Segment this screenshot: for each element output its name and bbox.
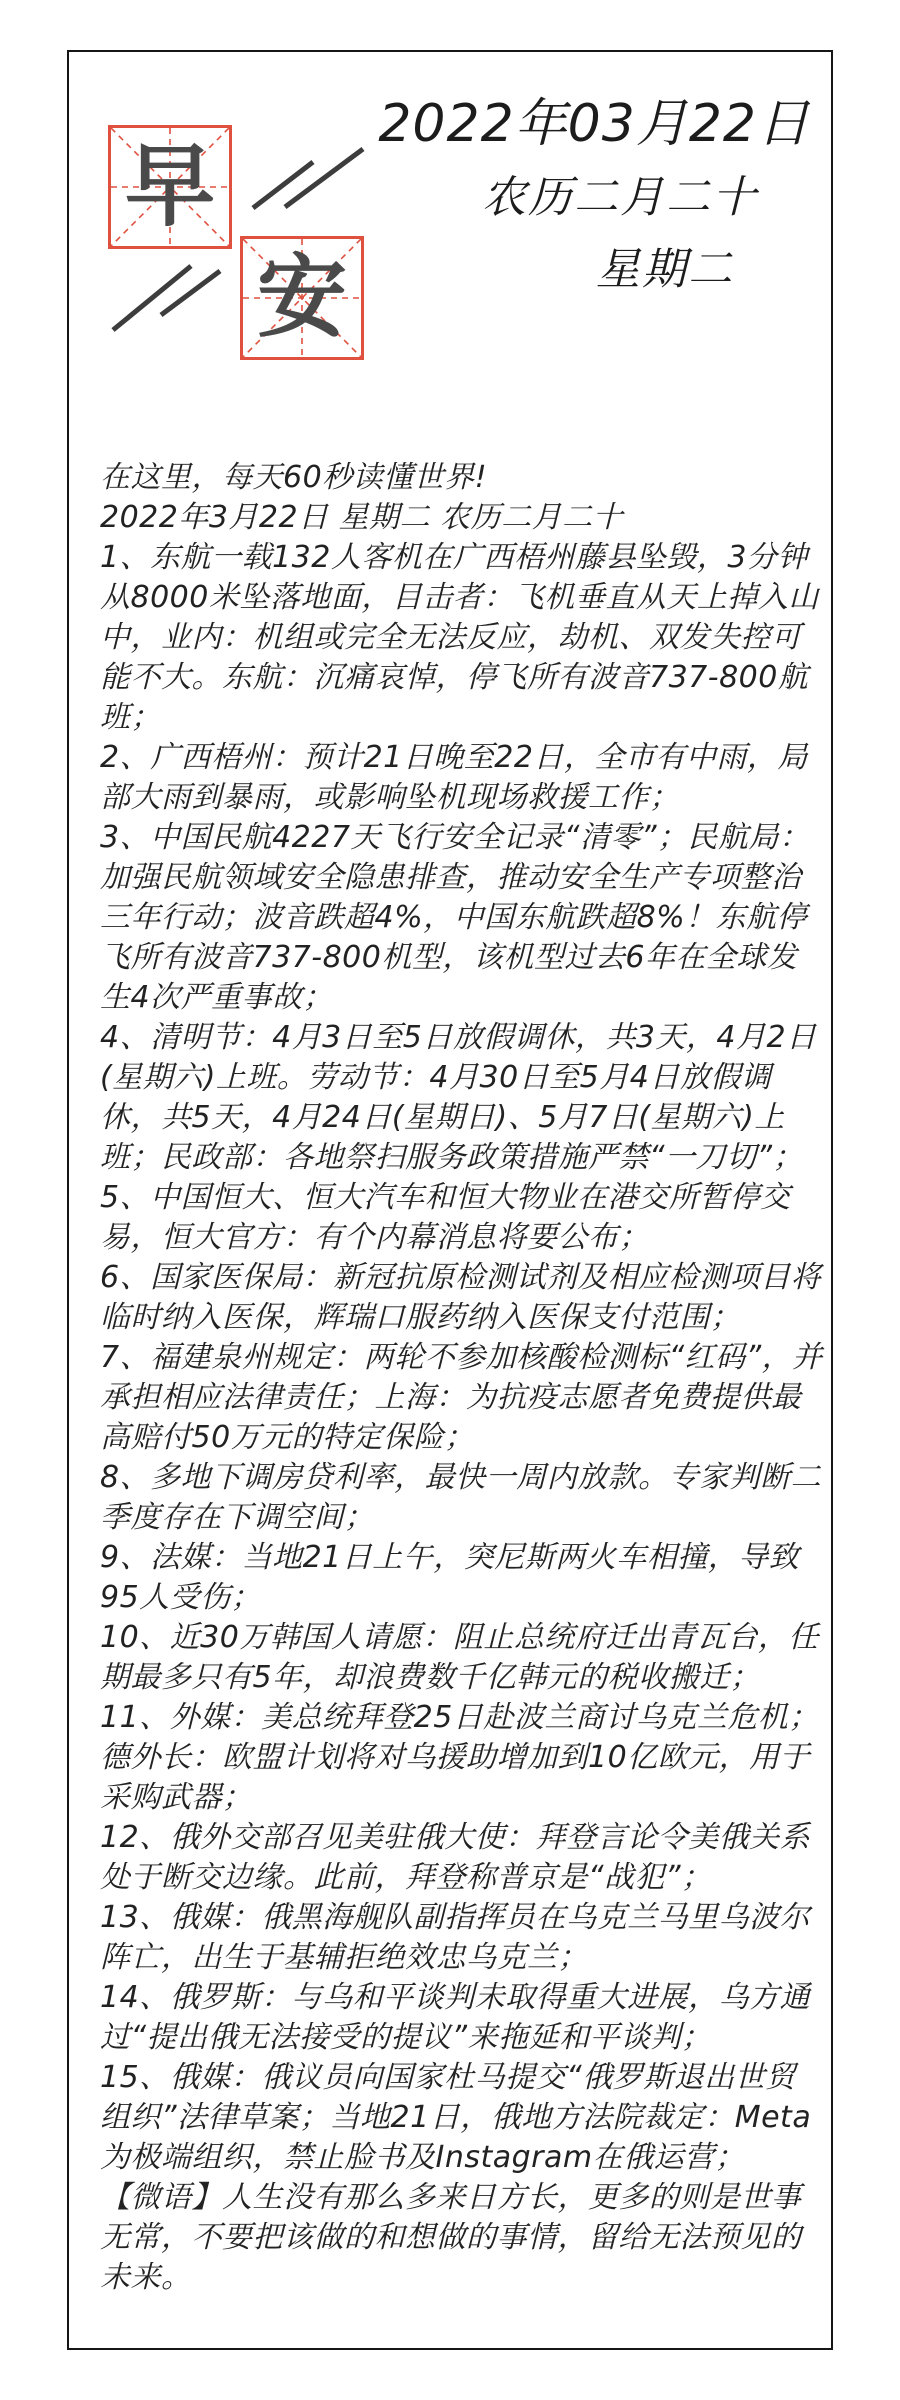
news-item: 2、广西梧州：预计21日晚至22日，全市有中雨，局部大雨到暴雨，或影响坠机现场救…: [100, 738, 824, 818]
news-item: 6、国家医保局：新冠抗原检测试剂及相应检测项目将临时纳入医保，辉瑞口服药纳入医保…: [100, 1258, 824, 1338]
news-item: 8、多地下调房贷利率，最快一周内放款。专家判断二季度存在下调空间；: [100, 1458, 824, 1538]
weiyu-quote: 【微语】人生没有那么多来日方长，更多的则是世事无常，不要把该做的和想做的事情，留…: [100, 2178, 824, 2298]
news-item: 4、清明节：4月3日至5日放假调休，共3天，4月2日(星期六)上班。劳动节：4月…: [100, 1018, 824, 1178]
logo-char-zao: 早: [125, 142, 215, 232]
news-item: 5、中国恒大、恒大汽车和恒大物业在港交所暂停交易，恒大官方：有个内幕消息将要公布…: [100, 1178, 824, 1258]
news-item: 13、俄媒：俄黑海舰队副指挥员在乌克兰马里乌波尔阵亡，出生于基辅拒绝效忠乌克兰；: [100, 1898, 824, 1978]
date-weekday: 星期二: [378, 234, 810, 306]
news-date-line: 2022年3月22日 星期二 农历二月二十: [100, 498, 824, 538]
news-body: 在这里，每天60秒读懂世界! 2022年3月22日 星期二 农历二月二十 1、东…: [100, 458, 824, 2298]
news-intro: 在这里，每天60秒读懂世界!: [100, 458, 824, 498]
news-item: 14、俄罗斯：与乌和平谈判未取得重大进展，乌方通过“提出俄无法接受的提议”来拖延…: [100, 1978, 824, 2058]
news-item: 15、俄媒：俄议员向国家杜马提交“俄罗斯退出世贸组织”法律草案；当地21日，俄地…: [100, 2058, 824, 2178]
date-block: 2022年03月22日 农历二月二十 星期二: [378, 86, 810, 306]
news-item: 1、东航一载132人客机在广西梧州藤县坠毁，3分钟从8000米坠落地面，目击者：…: [100, 538, 824, 738]
news-item: 12、俄外交部召见美驻俄大使：拜登言论令美俄关系处于断交边缘。此前，拜登称普京是…: [100, 1818, 824, 1898]
logo-box-zao: 早: [108, 125, 232, 249]
date-lunar: 农历二月二十: [378, 162, 810, 234]
news-item: 9、法媒：当地21日上午，突尼斯两火车相撞，导致95人受伤；: [100, 1538, 824, 1618]
news-item: 11、外媒：美总统拜登25日赴波兰商讨乌克兰危机；德外长：欧盟计划将对乌援助增加…: [100, 1698, 824, 1818]
news-item: 7、福建泉州规定：两轮不参加核酸检测标“红码”，并承担相应法律责任；上海：为抗疫…: [100, 1338, 824, 1458]
date-main: 2022年03月22日: [378, 86, 810, 162]
news-item: 3、中国民航4227天飞行安全记录“清零”；民航局：加强民航领域安全隐患排查，推…: [100, 818, 824, 1018]
logo-box-an: 安: [240, 236, 364, 360]
logo-char-an: 安: [257, 253, 347, 343]
news-item: 10、近30万韩国人请愿：阻止总统府迁出青瓦台，任期最多只有5年，却浪费数千亿韩…: [100, 1618, 824, 1698]
